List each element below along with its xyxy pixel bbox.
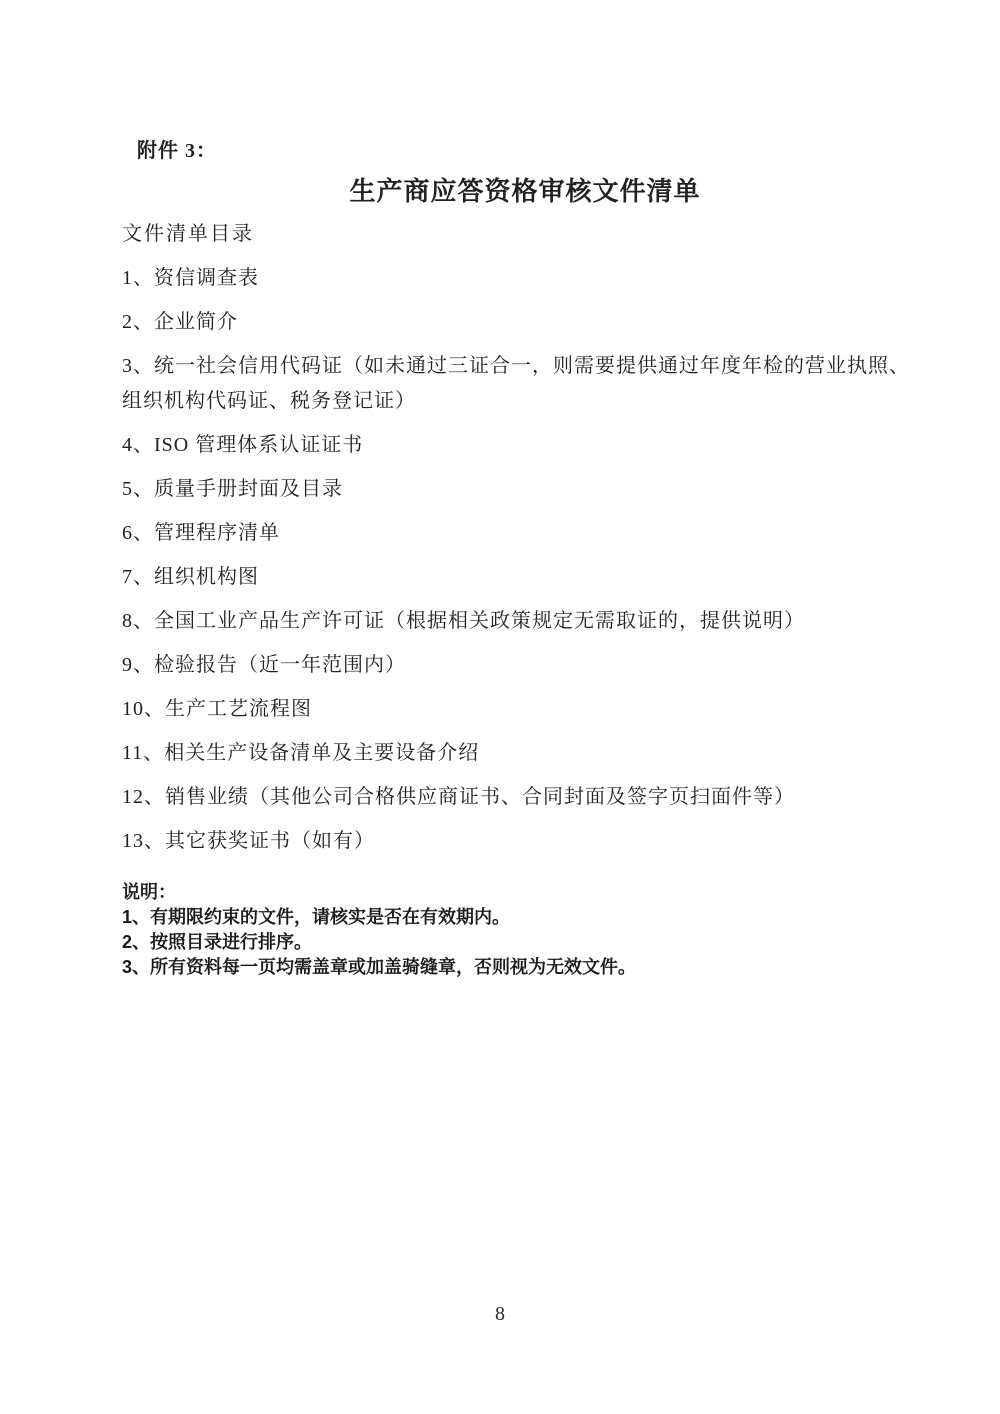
list-item: 11、相关生产设备清单及主要设备介绍 [122, 736, 920, 771]
list-item: 3、统一社会信用代码证（如未通过三证合一，则需要提供通过年度年检的营业执照、组织… [122, 349, 920, 419]
document-list: 文件清单目录 1、资信调查表2、企业简介3、统一社会信用代码证（如未通过三证合一… [122, 217, 920, 868]
attachment-label: 附件 3： [137, 134, 217, 163]
list-item: 9、检验报告（近一年范围内） [122, 648, 920, 683]
note-item: 1、有期限约束的文件，请核实是否在有效期内。 [122, 905, 920, 930]
notes-header: 说明： [122, 880, 920, 905]
list-header: 文件清单目录 [122, 217, 920, 252]
list-item: 5、质量手册封面及目录 [122, 472, 920, 507]
list-item: 2、企业简介 [122, 305, 920, 340]
list-item: 6、管理程序清单 [122, 516, 920, 551]
note-item: 3、所有资料每一页均需盖章或加盖骑缝章，否则视为无效文件。 [122, 955, 920, 980]
list-item: 4、ISO 管理体系认证证书 [122, 428, 920, 463]
page-title: 生产商应答资格审核文件清单 [0, 171, 1000, 208]
notes-section: 说明： 1、有期限约束的文件，请核实是否在有效期内。2、按照目录进行排序。3、所… [122, 880, 920, 980]
document-page: 附件 3： 生产商应答资格审核文件清单 文件清单目录 1、资信调查表2、企业简介… [0, 0, 1000, 1414]
list-item: 10、生产工艺流程图 [122, 692, 920, 727]
list-item: 12、销售业绩（其他公司合格供应商证书、合同封面及签字页扫面件等） [122, 780, 920, 815]
list-item: 8、全国工业产品生产许可证（根据相关政策规定无需取证的，提供说明） [122, 604, 920, 639]
notes-items: 1、有期限约束的文件，请核实是否在有效期内。2、按照目录进行排序。3、所有资料每… [122, 905, 920, 980]
note-item: 2、按照目录进行排序。 [122, 930, 920, 955]
list-item: 13、其它获奖证书（如有） [122, 824, 920, 859]
page-number: 8 [0, 1303, 1000, 1326]
list-item: 7、组织机构图 [122, 560, 920, 595]
list-item: 1、资信调查表 [122, 261, 920, 296]
checklist-items: 1、资信调查表2、企业简介3、统一社会信用代码证（如未通过三证合一，则需要提供通… [122, 261, 920, 859]
